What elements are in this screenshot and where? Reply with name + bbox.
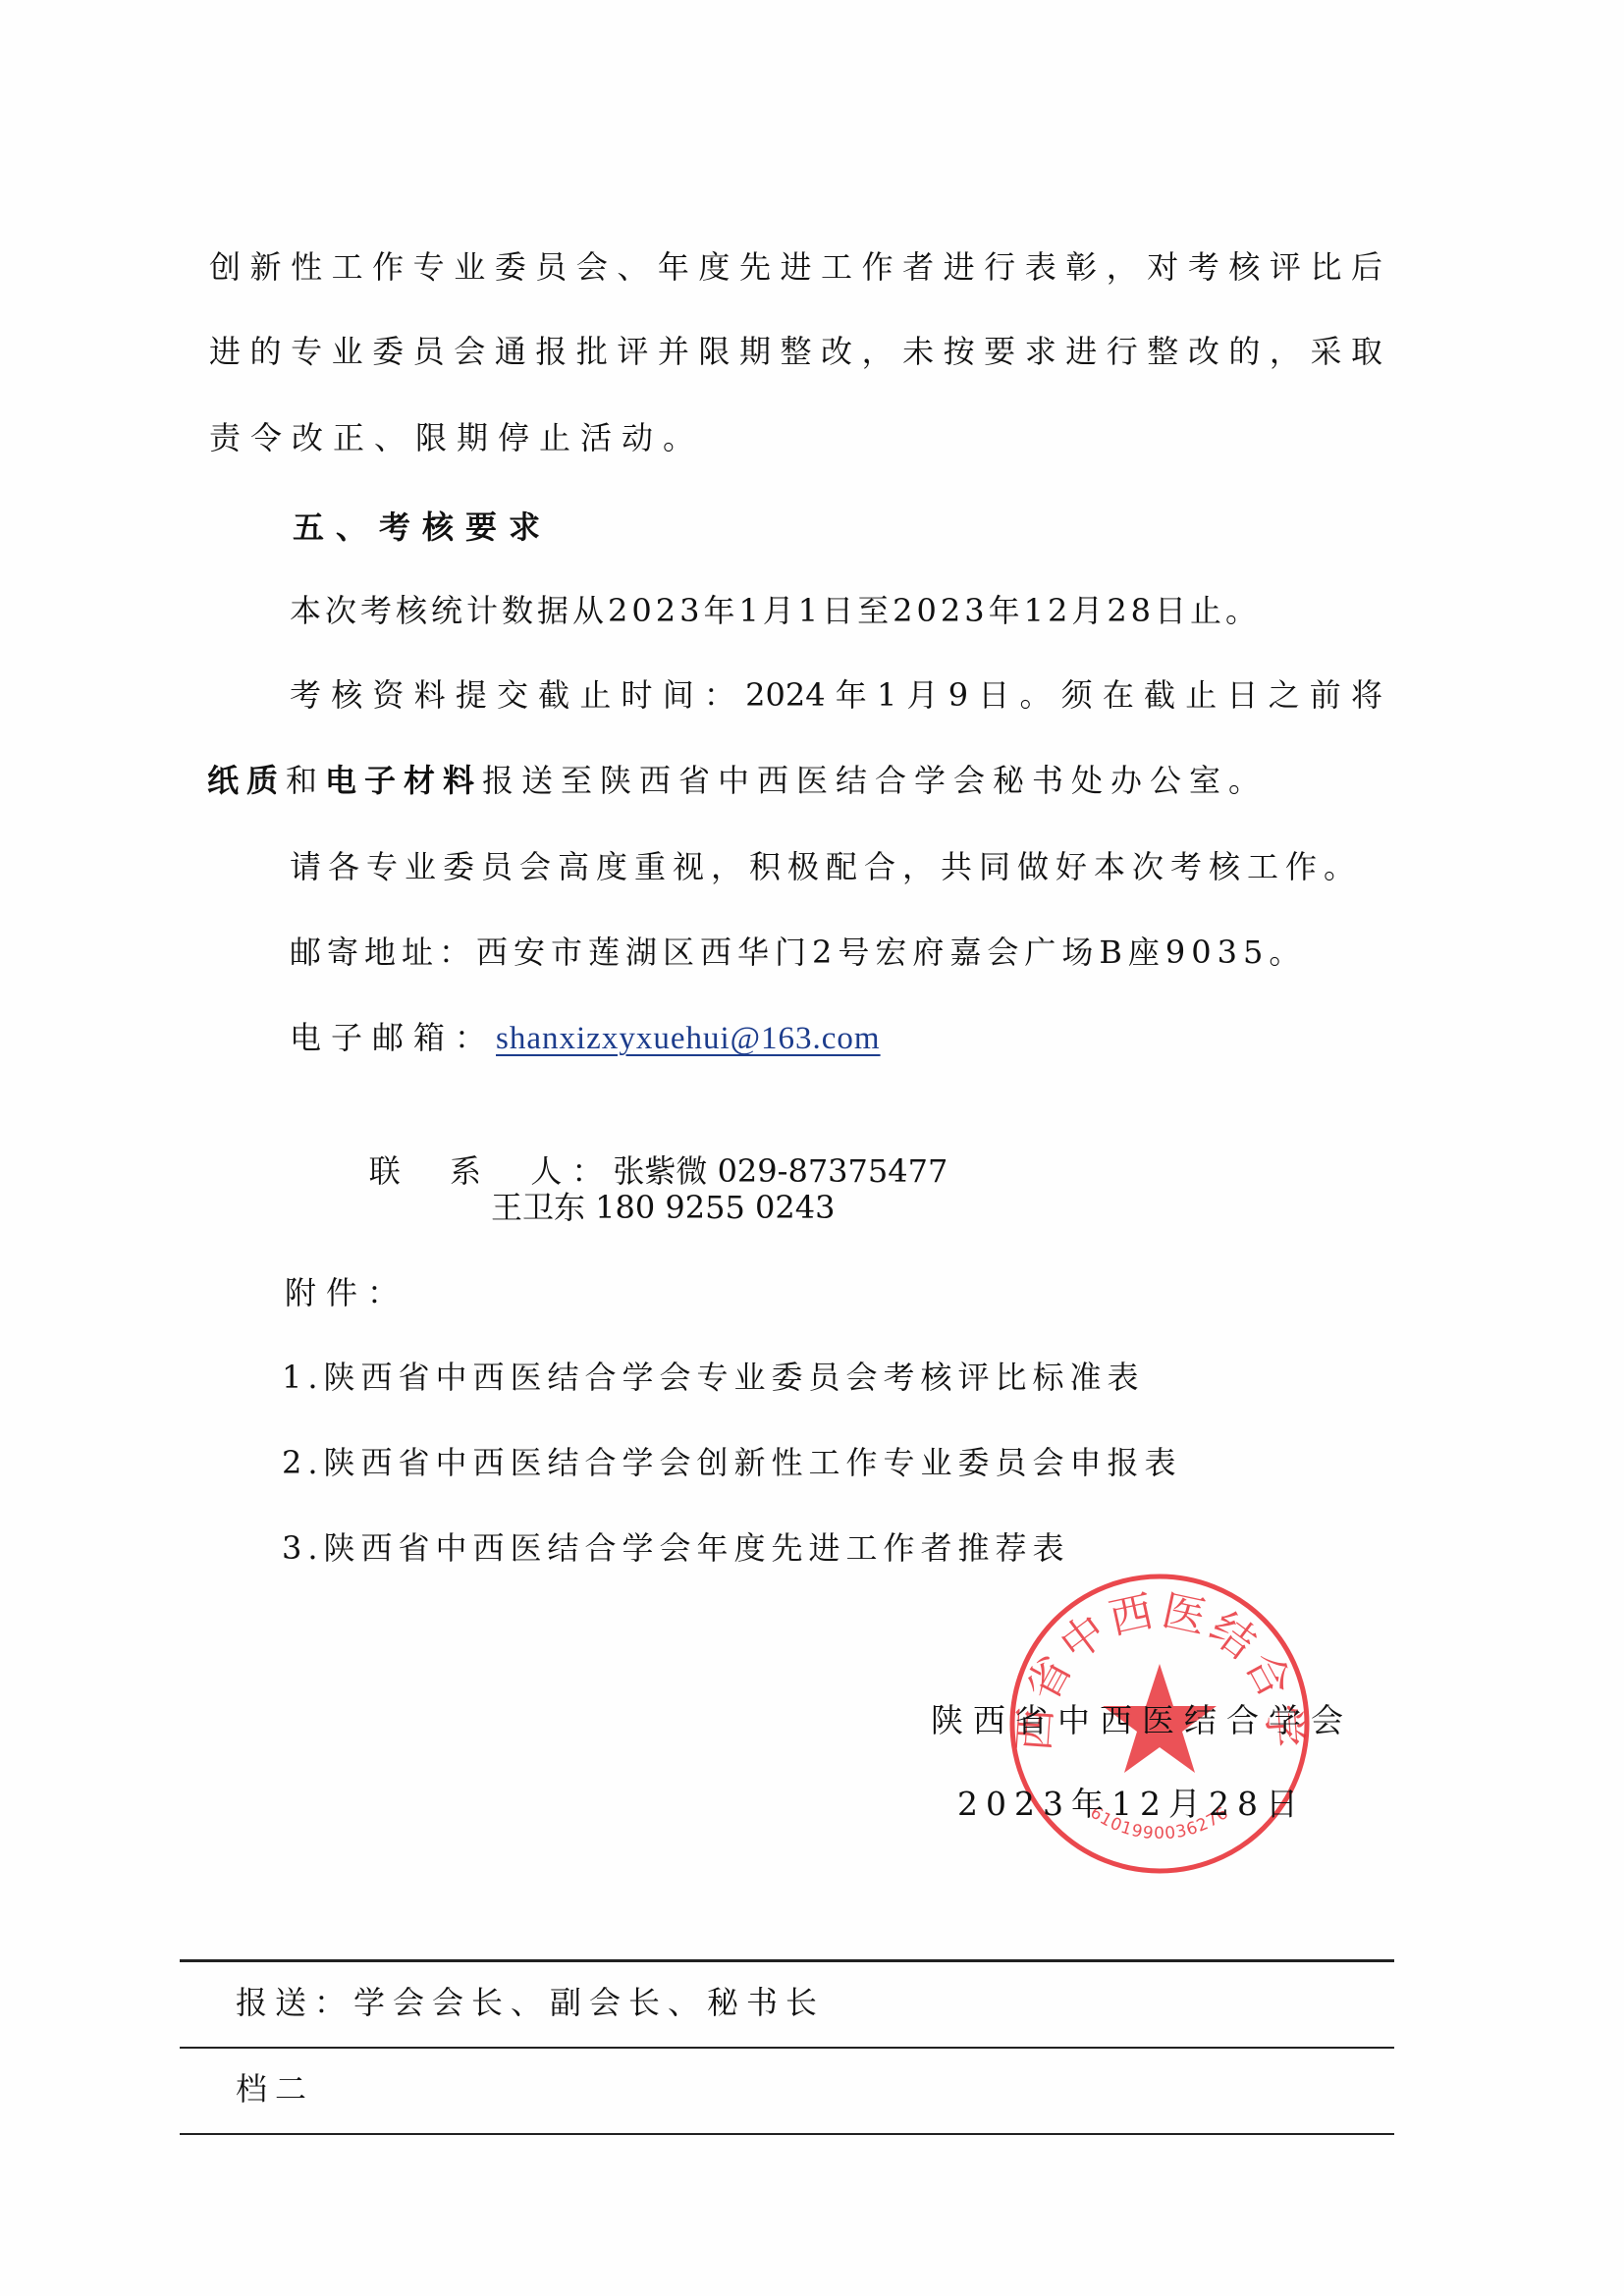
signature-date: 2023年12月28日 <box>957 1780 1306 1829</box>
and-text: 和 <box>286 762 325 799</box>
section-heading: 五、考核要求 <box>293 503 552 552</box>
footer-divider-bottom <box>180 2133 1394 2135</box>
request-text: 请各专业委员会高度重视，积极配合，共同做好本次考核工作。 <box>290 842 1362 891</box>
footer-divider-middle <box>180 2047 1394 2049</box>
electronic-material-emphasis: 电子材料 <box>325 762 482 799</box>
attachments-label: 附件： <box>285 1268 408 1317</box>
deadline-text: 考核资料提交截止时间：2024年1月9日。须在截止日之前将 <box>290 670 1382 720</box>
mailing-address-value: 西安市莲湖区西华门2号宏府嘉会广场B座9035。 <box>476 934 1306 971</box>
email-link[interactable]: shanxizxyxuehui@163.com <box>496 1021 881 1056</box>
submit-to-text: 报送至陕西省中西医结合学会秘书处办公室。 <box>482 762 1268 799</box>
paragraph-line: 责令改正、限期停止活动。 <box>209 413 704 462</box>
stats-period-text: 本次考核统计数据从2023年1月1日至2023年12月28日止。 <box>290 586 1261 635</box>
paragraph-line: 进的专业委员会通报批评并限期整改，未按要求进行整改的，采取 <box>209 327 1382 376</box>
document-page: 创新性工作专业委员会、年度先进工作者进行表彰，对考核评比后 进的专业委员会通报批… <box>0 0 1624 2296</box>
contact-row: 联 系 人：张紫微 029-87375477 <box>290 1097 947 1147</box>
footer-cc-recipients: 报送：学会会长、副会长、秘书长 <box>236 1978 825 2027</box>
attachment-item-3: 3.陕西省中西医结合学会年度先进工作者推荐表 <box>282 1523 1070 1573</box>
contact-person-2: 王卫东 180 9255 0243 <box>491 1183 835 1232</box>
email-row: 电子邮箱：shanxizxyxuehui@163.com <box>290 1013 881 1062</box>
mailing-address-label: 邮寄地址： <box>290 934 476 971</box>
mailing-address-row: 邮寄地址：西安市莲湖区西华门2号宏府嘉会广场B座9035。 <box>290 928 1306 977</box>
footer-divider-top <box>180 1959 1394 1962</box>
signature-organization: 陕西省中西医结合学会 <box>931 1696 1353 1745</box>
attachment-item-1: 1.陕西省中西医结合学会专业委员会考核评比标准表 <box>282 1353 1145 1402</box>
paper-material-emphasis: 纸质 <box>207 762 286 799</box>
footer-archive-label: 档二 <box>236 2064 314 2113</box>
email-label: 电子邮箱： <box>290 1019 496 1056</box>
paragraph-line: 创新性工作专业委员会、年度先进工作者进行表彰，对考核评比后 <box>209 242 1382 292</box>
deadline-text-continued: 纸质和电子材料报送至陕西省中西医结合学会秘书处办公室。 <box>207 756 1268 805</box>
attachment-item-2: 2.陕西省中西医结合学会创新性工作专业委员会申报表 <box>282 1438 1182 1487</box>
